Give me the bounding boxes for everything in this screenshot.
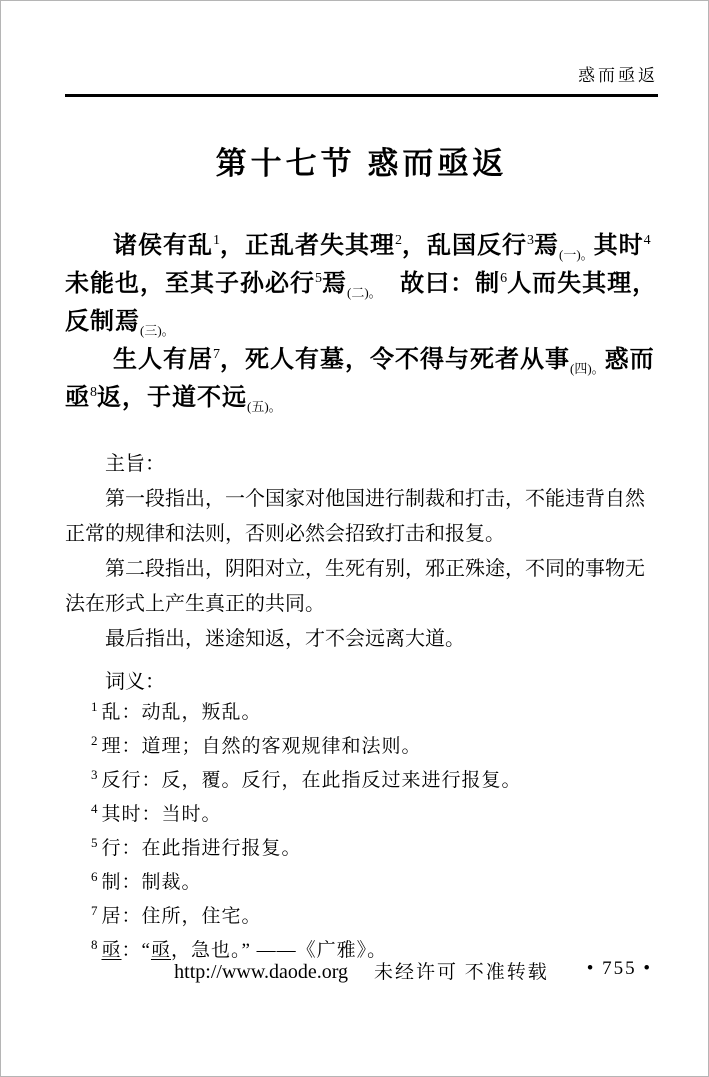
footnote-term: 制	[102, 872, 122, 893]
footnote-separator: ：	[122, 838, 142, 859]
footnote-definition: 住所，住宅。	[142, 906, 262, 927]
footnote-term: 行	[102, 838, 122, 859]
footnote-definition: 制裁。	[142, 872, 202, 893]
footnote-number: 7	[91, 903, 98, 918]
book-page: 惑而亟返 第十七节 惑而亟返 诸侯有乱1，正乱者失其理2，乱国反行3焉(一)。其…	[0, 0, 709, 1077]
clause-marker-5: (五)。	[247, 399, 282, 414]
quote-text: 焉	[534, 233, 559, 259]
footnote-definition: 在此指进行报复。	[142, 838, 302, 859]
main-point-paragraph: 第一段指出，一个国家对他国进行制裁和打击，不能违背自然正常的规律和法则，否则必然…	[65, 482, 658, 552]
footnote-term: 理	[102, 736, 122, 757]
footnote-ref-1: 1	[213, 233, 220, 248]
main-point-label: 主旨：	[65, 447, 658, 482]
page-number: • 755 •	[587, 958, 652, 980]
footnote-term: 其时	[102, 804, 142, 825]
footnote-ref-7: 7	[213, 347, 220, 362]
main-point-section: 主旨： 第一段指出，一个国家对他国进行制裁和打击，不能违背自然正常的规律和法则，…	[65, 447, 658, 657]
quote-text: 故曰：制	[375, 271, 500, 297]
clause-marker-2: (二)。	[347, 285, 375, 300]
quote-paragraph-1: 诸侯有乱1，正乱者失其理2，乱国反行3焉(一)。其时4未能也，至其子孙必行5焉(…	[65, 227, 658, 341]
footnote-number: 3	[91, 767, 98, 782]
footnote-ref-8: 8	[90, 385, 97, 400]
word-meaning-label: 词义：	[65, 665, 658, 700]
footnote-item: 2理：道理；自然的客观规律和法则。	[65, 734, 658, 759]
footnote-separator: ：	[122, 872, 142, 893]
page-footer: http://www.daode.org 未经许可 不准转载 • 755 •	[65, 957, 658, 984]
footnote-separator: ：	[122, 702, 142, 723]
footnote-item: 7居：住所，住宅。	[65, 904, 658, 929]
quote-text: ，正乱者失其理	[220, 233, 395, 259]
quote-text: 未能也，至其子孙必行	[65, 271, 315, 297]
footnote-separator: ：	[122, 736, 142, 757]
quote-text: ，乱国反行	[402, 233, 527, 259]
footnote-term: 反行	[102, 770, 142, 791]
footnote-item: 6制：制裁。	[65, 870, 658, 895]
footnote-term: 乱	[102, 702, 122, 723]
page-content: 惑而亟返 第十七节 惑而亟返 诸侯有乱1，正乱者失其理2，乱国反行3焉(一)。其…	[65, 1, 658, 963]
footnote-definition: 反，覆。反行，在此指反过来进行报复。	[162, 770, 522, 791]
footnote-number: 6	[91, 869, 98, 884]
quote-text: 返，于道不远	[97, 385, 247, 411]
clause-marker-4: (四)。	[570, 361, 605, 376]
footnote-separator: ：	[142, 770, 162, 791]
footnote-ref-3: 3	[527, 233, 534, 248]
word-meaning-section: 词义： 1乱：动乱，叛乱。 2理：道理；自然的客观规律和法则。 3反行：反，覆。…	[65, 665, 658, 963]
footnote-separator: ：	[142, 804, 162, 825]
clause-marker-1: (一)。	[559, 247, 594, 262]
footnote-term: 居	[102, 906, 122, 927]
footnote-separator: ：	[122, 906, 142, 927]
footnote-item: 5行：在此指进行报复。	[65, 836, 658, 861]
quote-text: 其时	[594, 233, 644, 259]
footnote-ref-2: 2	[395, 233, 402, 248]
footnote-number: 2	[91, 733, 98, 748]
footnote-definition: 道理；自然的客观规律和法则。	[142, 736, 422, 757]
footnote-item: 4其时：当时。	[65, 802, 658, 827]
quote-text: ，死人有墓，令不得与死者从事	[220, 347, 570, 373]
footer-url: http://www.daode.org	[174, 961, 348, 984]
footnote-item: 1乱：动乱，叛乱。	[65, 700, 658, 725]
chapter-title: 第十七节 惑而亟返	[65, 143, 658, 185]
footnote-ref-5: 5	[315, 271, 322, 286]
quote-paragraph-2: 生人有居7，死人有墓，令不得与死者从事(四)。惑而亟8返，于道不远(五)。	[65, 341, 658, 417]
footnote-number: 8	[91, 937, 98, 952]
footnote-definition: 当时。	[162, 804, 222, 825]
footnote-number: 4	[91, 801, 98, 816]
quote-text: 焉	[322, 271, 347, 297]
footnote-item: 3反行：反，覆。反行，在此指反过来进行报复。	[65, 768, 658, 793]
quote-block: 诸侯有乱1，正乱者失其理2，乱国反行3焉(一)。其时4未能也，至其子孙必行5焉(…	[65, 227, 658, 417]
main-point-paragraph: 最后指出，迷途知返，才不会远离大道。	[65, 622, 658, 657]
footer-copyright-notice: 未经许可 不准转载	[374, 957, 549, 984]
footnote-number: 1	[91, 699, 98, 714]
header-rule	[65, 94, 658, 97]
footnote-definition: 动乱，叛乱。	[142, 702, 262, 723]
quote-text: 诸侯有乱	[113, 233, 213, 259]
footnote-number: 5	[91, 835, 98, 850]
clause-marker-3: (三)。	[140, 323, 175, 338]
quote-text: 生人有居	[113, 347, 213, 373]
running-title: 惑而亟返	[65, 1, 658, 87]
main-point-paragraph: 第二段指出，阴阳对立，生死有别，邪正殊途，不同的事物无法在形式上产生真正的共同。	[65, 552, 658, 622]
footnote-ref-4: 4	[644, 233, 651, 248]
